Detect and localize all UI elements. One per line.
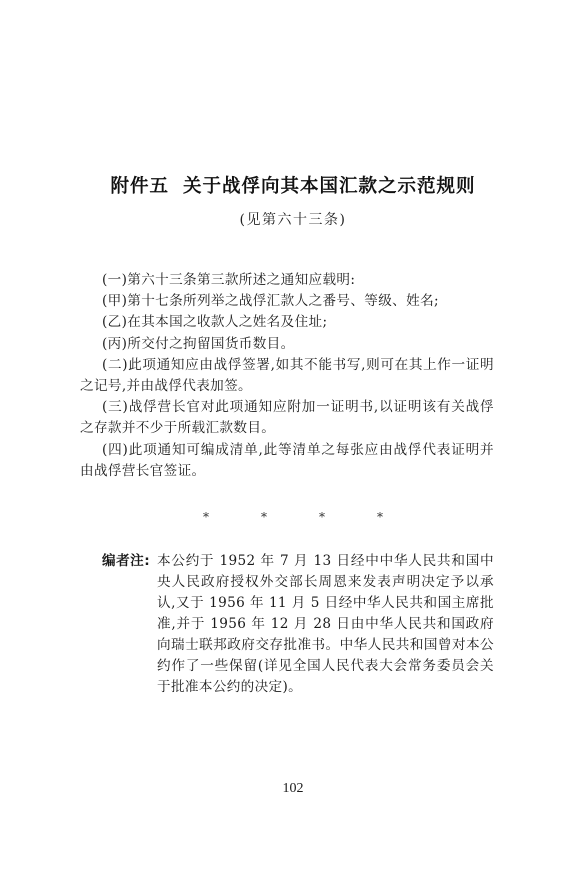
editor-note: 编者注: 本公约于 1952 年 7 月 13 日经中中华人民共和国中央人民政府… xyxy=(102,551,494,698)
rule-paragraph: (四)此项通知可编成清单,此等清单之每张应由战俘代表证明并由战俘营长官签证。 xyxy=(80,440,494,482)
rule-paragraph: (三)战俘营长官对此项通知应附加一证明书,以证明该有关战俘之存款并不少于所载汇款… xyxy=(80,397,494,439)
separator-star: * xyxy=(177,510,235,524)
editor-note-text: 本公约于 1952 年 7 月 13 日经中中华人民共和国中央人民政府授权外交部… xyxy=(157,551,494,698)
rule-paragraph: (乙)在其本国之收款人之姓名及住址; xyxy=(80,312,494,333)
rule-paragraph: (二)此项通知应由战俘签署,如其不能书写,则可在其上作一证明之记号,并由战俘代表… xyxy=(80,355,494,397)
separator-star: * xyxy=(351,510,409,524)
rule-paragraph: (丙)所交付之拘留国货币数目。 xyxy=(80,334,494,355)
page-number: 102 xyxy=(0,781,586,797)
appendix-title: 附件五关于战俘向其本国汇款之示范规则 xyxy=(0,172,586,198)
rule-paragraph: (甲)第十七条所列举之战俘汇款人之番号、等级、姓名; xyxy=(80,291,494,312)
appendix-subtitle: (见第六十三条) xyxy=(0,209,586,229)
rules-body: (一)第六十三条第三款所述之通知应载明: (甲)第十七条所列举之战俘汇款人之番号… xyxy=(80,270,494,482)
appendix-title-text: 关于战俘向其本国汇款之示范规则 xyxy=(183,176,476,197)
appendix-prefix: 附件五 xyxy=(110,176,169,197)
separator-star: * xyxy=(293,510,351,524)
separator-star: * xyxy=(235,510,293,524)
rule-paragraph: (一)第六十三条第三款所述之通知应载明: xyxy=(80,270,494,291)
editor-note-label: 编者注: xyxy=(102,551,150,572)
section-separator: **** xyxy=(0,510,586,524)
